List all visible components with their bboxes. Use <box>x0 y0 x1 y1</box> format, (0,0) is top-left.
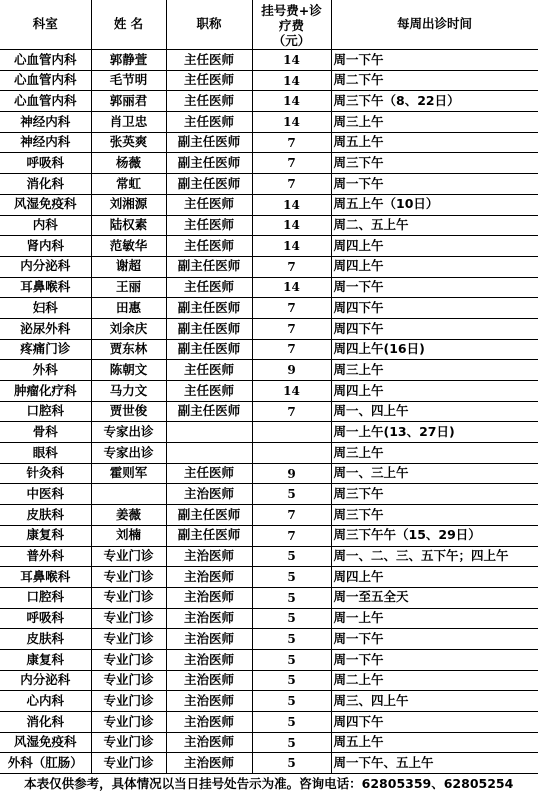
cell-department: 口腔科 <box>0 587 91 608</box>
schedule-rows: 心血管内科郭静萱主任医师14周一下午心血管内科毛节明主任医师14周二下午心血管内… <box>0 50 538 774</box>
cell-title: 副主任医师 <box>166 525 252 546</box>
cell-department: 神经内科 <box>0 132 91 153</box>
cell-schedule: 周三下午午（15、29日） <box>331 525 538 546</box>
cell-schedule: 周一、二、三、五下午；四上午 <box>331 546 538 567</box>
cell-fee: 9 <box>252 360 331 381</box>
cell-title: 副主任医师 <box>166 298 252 319</box>
clinic-schedule-table: 科室 姓 名 职称 挂号费+诊 疗费 （元） 每周出诊时间 心血管内科郭静萱主任… <box>0 0 538 795</box>
cell-title: 主治医师 <box>166 732 252 753</box>
cell-schedule: 周四上午 <box>331 567 538 588</box>
cell-title: 主任医师 <box>166 194 252 215</box>
cell-fee: 7 <box>252 132 331 153</box>
cell-schedule: 周四上午 <box>331 236 538 257</box>
table-row: 风湿免疫科刘湘源主任医师14周五上午（10日） <box>0 194 538 215</box>
cell-doctor-name: 刘楠 <box>91 525 166 546</box>
cell-department: 外科（肛肠） <box>0 753 91 774</box>
cell-fee: 7 <box>252 525 331 546</box>
cell-fee: 7 <box>252 318 331 339</box>
cell-schedule: 周四上午 <box>331 256 538 277</box>
cell-title: 主任医师 <box>166 215 252 236</box>
cell-department: 内分泌科 <box>0 256 91 277</box>
table-row: 中医科主治医师5周三下午 <box>0 484 538 505</box>
cell-department: 普外科 <box>0 546 91 567</box>
cell-schedule: 周四上午(16日) <box>331 339 538 360</box>
cell-title: 主任医师 <box>166 360 252 381</box>
cell-title: 主任医师 <box>166 277 252 298</box>
cell-fee: 14 <box>252 236 331 257</box>
cell-title: 主治医师 <box>166 608 252 629</box>
table-row: 肾内科范敏华主任医师14周四上午 <box>0 236 538 257</box>
cell-department: 肿瘤化疗科 <box>0 381 91 402</box>
cell-department: 骨科 <box>0 422 91 443</box>
cell-doctor-name: 专业门诊 <box>91 587 166 608</box>
cell-schedule: 周一、四上午 <box>331 401 538 422</box>
header-department: 科室 <box>0 0 91 50</box>
cell-title: 主任医师 <box>166 70 252 91</box>
schedule-sheet: 科室 姓 名 职称 挂号费+诊 疗费 （元） 每周出诊时间 心血管内科郭静萱主任… <box>0 0 538 806</box>
cell-fee: 14 <box>252 112 331 133</box>
cell-schedule: 周四下午 <box>331 712 538 733</box>
table-row: 消化科常虹副主任医师7周一下午 <box>0 174 538 195</box>
cell-title: 副主任医师 <box>166 401 252 422</box>
cell-doctor-name: 张英爽 <box>91 132 166 153</box>
cell-schedule: 周三下午 <box>331 153 538 174</box>
table-row: 内分泌科专业门诊主治医师5周二上午 <box>0 670 538 691</box>
cell-schedule: 周四下午 <box>331 298 538 319</box>
cell-department: 康复科 <box>0 649 91 670</box>
table-row: 疼痛门诊贾东林副主任医师7周四上午(16日) <box>0 339 538 360</box>
cell-fee: 7 <box>252 401 331 422</box>
table-row: 肿瘤化疗科马力文主任医师14周四上午 <box>0 381 538 402</box>
cell-schedule: 周三下午 <box>331 505 538 526</box>
cell-fee: 7 <box>252 505 331 526</box>
cell-title: 主治医师 <box>166 484 252 505</box>
cell-schedule: 周一上午 <box>331 608 538 629</box>
cell-fee: 5 <box>252 608 331 629</box>
cell-title: 主任医师 <box>166 236 252 257</box>
cell-department: 皮肤科 <box>0 505 91 526</box>
cell-doctor-name: 姜薇 <box>91 505 166 526</box>
cell-schedule: 周三上午 <box>331 112 538 133</box>
cell-department: 外科 <box>0 360 91 381</box>
cell-department: 内分泌科 <box>0 670 91 691</box>
cell-department: 心内科 <box>0 691 91 712</box>
cell-department: 消化科 <box>0 712 91 733</box>
cell-title <box>166 422 252 443</box>
cell-department: 消化科 <box>0 174 91 195</box>
header-fee-line2: 疗费 <box>253 18 331 33</box>
cell-fee: 14 <box>252 194 331 215</box>
cell-title: 主治医师 <box>166 691 252 712</box>
table-row: 呼吸科杨薇副主任医师7周三下午 <box>0 153 538 174</box>
cell-title: 主治医师 <box>166 567 252 588</box>
cell-fee <box>252 443 331 464</box>
cell-fee: 5 <box>252 587 331 608</box>
cell-title: 主任医师 <box>166 381 252 402</box>
cell-schedule: 周一、三上午 <box>331 463 538 484</box>
cell-title: 主治医师 <box>166 649 252 670</box>
cell-doctor-name: 专业门诊 <box>91 691 166 712</box>
table-row: 耳鼻喉科专业门诊主治医师5周四上午 <box>0 567 538 588</box>
cell-doctor-name: 毛节明 <box>91 70 166 91</box>
cell-schedule: 周四下午 <box>331 318 538 339</box>
cell-title: 副主任医师 <box>166 256 252 277</box>
cell-department: 心血管内科 <box>0 70 91 91</box>
table-row: 针灸科霍则军主任医师9周一、三上午 <box>0 463 538 484</box>
cell-schedule: 周一下午 <box>331 50 538 71</box>
cell-doctor-name: 肖卫忠 <box>91 112 166 133</box>
table-row: 心血管内科郭丽君主任医师14周三下午（8、22日） <box>0 91 538 112</box>
cell-department: 疼痛门诊 <box>0 339 91 360</box>
table-row: 口腔科贾世俊副主任医师7周一、四上午 <box>0 401 538 422</box>
cell-schedule: 周五上午 <box>331 732 538 753</box>
cell-doctor-name: 刘余庆 <box>91 318 166 339</box>
cell-fee: 5 <box>252 753 331 774</box>
cell-doctor-name: 专业门诊 <box>91 649 166 670</box>
cell-title: 主治医师 <box>166 587 252 608</box>
cell-title: 主任医师 <box>166 91 252 112</box>
cell-department: 中医科 <box>0 484 91 505</box>
cell-fee: 7 <box>252 298 331 319</box>
cell-schedule: 周三上午 <box>331 360 538 381</box>
cell-doctor-name: 陈朝文 <box>91 360 166 381</box>
cell-schedule: 周四上午 <box>331 381 538 402</box>
cell-title: 副主任医师 <box>166 174 252 195</box>
cell-fee: 7 <box>252 339 331 360</box>
cell-title: 副主任医师 <box>166 318 252 339</box>
cell-department: 神经内科 <box>0 112 91 133</box>
table-row: 外科陈朝文主任医师9周三上午 <box>0 360 538 381</box>
cell-title: 主治医师 <box>166 629 252 650</box>
cell-fee: 9 <box>252 463 331 484</box>
header-fee: 挂号费+诊 疗费 （元） <box>252 0 331 50</box>
table-row: 康复科专业门诊主治医师5周一下午 <box>0 649 538 670</box>
cell-fee: 7 <box>252 153 331 174</box>
table-row: 眼科专家出诊周三上午 <box>0 443 538 464</box>
cell-doctor-name: 马力文 <box>91 381 166 402</box>
cell-doctor-name: 范敏华 <box>91 236 166 257</box>
table-row: 泌尿外科刘余庆副主任医师7周四下午 <box>0 318 538 339</box>
table-row: 骨科专家出诊周一上午(13、27日) <box>0 422 538 443</box>
cell-schedule: 周五上午（10日） <box>331 194 538 215</box>
table-row: 普外科专业门诊主治医师5周一、二、三、五下午；四上午 <box>0 546 538 567</box>
cell-title: 主治医师 <box>166 670 252 691</box>
cell-doctor-name: 专业门诊 <box>91 732 166 753</box>
cell-fee: 14 <box>252 50 331 71</box>
header-row: 科室 姓 名 职称 挂号费+诊 疗费 （元） 每周出诊时间 <box>0 0 538 50</box>
cell-doctor-name: 专业门诊 <box>91 712 166 733</box>
footer-row: 本表仅供参考，具体情况以当日挂号处告示为准。咨询电话：62805359、6280… <box>0 774 538 796</box>
cell-department: 肾内科 <box>0 236 91 257</box>
cell-schedule: 周三、四上午 <box>331 691 538 712</box>
cell-department: 呼吸科 <box>0 153 91 174</box>
cell-schedule: 周二下午 <box>331 70 538 91</box>
cell-department: 心血管内科 <box>0 50 91 71</box>
cell-schedule: 周二上午 <box>331 670 538 691</box>
cell-title: 主任医师 <box>166 50 252 71</box>
cell-title: 主治医师 <box>166 753 252 774</box>
cell-fee: 5 <box>252 670 331 691</box>
table-row: 内科陆权素主任医师14周二、五上午 <box>0 215 538 236</box>
cell-fee: 7 <box>252 174 331 195</box>
cell-doctor-name <box>91 484 166 505</box>
cell-fee: 14 <box>252 70 331 91</box>
cell-fee: 14 <box>252 91 331 112</box>
table-row: 风湿免疫科专业门诊主治医师5周五上午 <box>0 732 538 753</box>
table-row: 外科（肛肠）专业门诊主治医师5周一下午、五上午 <box>0 753 538 774</box>
cell-schedule: 周一下午 <box>331 174 538 195</box>
cell-doctor-name: 郭丽君 <box>91 91 166 112</box>
cell-fee: 7 <box>252 256 331 277</box>
footer-note: 本表仅供参考，具体情况以当日挂号处告示为准。咨询电话：62805359、6280… <box>0 774 538 796</box>
cell-department: 呼吸科 <box>0 608 91 629</box>
cell-schedule: 周五上午 <box>331 132 538 153</box>
table-row: 心内科专业门诊主治医师5周三、四上午 <box>0 691 538 712</box>
cell-doctor-name: 贾世俊 <box>91 401 166 422</box>
table-row: 呼吸科专业门诊主治医师5周一上午 <box>0 608 538 629</box>
cell-department: 康复科 <box>0 525 91 546</box>
cell-schedule: 周一至五全天 <box>331 587 538 608</box>
cell-doctor-name: 王丽 <box>91 277 166 298</box>
cell-fee: 5 <box>252 712 331 733</box>
cell-doctor-name: 专业门诊 <box>91 753 166 774</box>
table-row: 心血管内科郭静萱主任医师14周一下午 <box>0 50 538 71</box>
cell-fee: 5 <box>252 629 331 650</box>
cell-doctor-name: 专家出诊 <box>91 443 166 464</box>
cell-schedule: 周一下午、五上午 <box>331 753 538 774</box>
cell-doctor-name: 专业门诊 <box>91 608 166 629</box>
cell-fee <box>252 422 331 443</box>
cell-doctor-name: 郭静萱 <box>91 50 166 71</box>
cell-department: 风湿免疫科 <box>0 194 91 215</box>
cell-schedule: 周一下午 <box>331 629 538 650</box>
cell-doctor-name: 专业门诊 <box>91 629 166 650</box>
cell-title: 副主任医师 <box>166 132 252 153</box>
cell-department: 耳鼻喉科 <box>0 567 91 588</box>
header-schedule: 每周出诊时间 <box>331 0 538 50</box>
table-row: 耳鼻喉科王丽主任医师14周一下午 <box>0 277 538 298</box>
cell-doctor-name: 杨薇 <box>91 153 166 174</box>
table-row: 康复科刘楠副主任医师7周三下午午（15、29日） <box>0 525 538 546</box>
table-row: 内分泌科谢超副主任医师7周四上午 <box>0 256 538 277</box>
table-row: 皮肤科姜薇副主任医师7周三下午 <box>0 505 538 526</box>
cell-schedule: 周三上午 <box>331 443 538 464</box>
cell-doctor-name: 专业门诊 <box>91 670 166 691</box>
cell-title: 副主任医师 <box>166 153 252 174</box>
table-row: 心血管内科毛节明主任医师14周二下午 <box>0 70 538 91</box>
cell-doctor-name: 贾东林 <box>91 339 166 360</box>
header-title: 职称 <box>166 0 252 50</box>
cell-department: 皮肤科 <box>0 629 91 650</box>
cell-fee: 5 <box>252 484 331 505</box>
table-row: 神经内科张英爽副主任医师7周五上午 <box>0 132 538 153</box>
cell-doctor-name: 陆权素 <box>91 215 166 236</box>
cell-schedule: 周三下午（8、22日） <box>331 91 538 112</box>
cell-fee: 5 <box>252 546 331 567</box>
cell-fee: 14 <box>252 381 331 402</box>
cell-schedule: 周一上午(13、27日) <box>331 422 538 443</box>
table-row: 消化科专业门诊主治医师5周四下午 <box>0 712 538 733</box>
header-fee-line3: （元） <box>253 33 331 48</box>
cell-title: 主治医师 <box>166 712 252 733</box>
cell-fee: 5 <box>252 691 331 712</box>
cell-title: 主任医师 <box>166 463 252 484</box>
cell-title: 主任医师 <box>166 112 252 133</box>
header-fee-line1: 挂号费+诊 <box>253 3 331 18</box>
cell-title: 副主任医师 <box>166 339 252 360</box>
table-row: 皮肤科专业门诊主治医师5周一下午 <box>0 629 538 650</box>
cell-schedule: 周三下午 <box>331 484 538 505</box>
cell-fee: 5 <box>252 732 331 753</box>
cell-department: 眼科 <box>0 443 91 464</box>
cell-doctor-name: 专业门诊 <box>91 546 166 567</box>
cell-doctor-name: 专家出诊 <box>91 422 166 443</box>
cell-title: 副主任医师 <box>166 505 252 526</box>
cell-department: 心血管内科 <box>0 91 91 112</box>
cell-department: 泌尿外科 <box>0 318 91 339</box>
cell-schedule: 周一下午 <box>331 277 538 298</box>
cell-doctor-name: 谢超 <box>91 256 166 277</box>
table-row: 妇科田惠副主任医师7周四下午 <box>0 298 538 319</box>
cell-department: 风湿免疫科 <box>0 732 91 753</box>
header-name: 姓 名 <box>91 0 166 50</box>
table-row: 口腔科专业门诊主治医师5周一至五全天 <box>0 587 538 608</box>
cell-schedule: 周一下午 <box>331 649 538 670</box>
cell-department: 口腔科 <box>0 401 91 422</box>
cell-doctor-name: 田惠 <box>91 298 166 319</box>
cell-department: 妇科 <box>0 298 91 319</box>
cell-fee: 14 <box>252 215 331 236</box>
cell-fee: 5 <box>252 567 331 588</box>
cell-title: 主治医师 <box>166 546 252 567</box>
cell-department: 内科 <box>0 215 91 236</box>
cell-department: 针灸科 <box>0 463 91 484</box>
cell-doctor-name: 专业门诊 <box>91 567 166 588</box>
cell-doctor-name: 常虹 <box>91 174 166 195</box>
cell-title <box>166 443 252 464</box>
table-row: 神经内科肖卫忠主任医师14周三上午 <box>0 112 538 133</box>
cell-doctor-name: 刘湘源 <box>91 194 166 215</box>
cell-doctor-name: 霍则军 <box>91 463 166 484</box>
cell-fee: 14 <box>252 277 331 298</box>
cell-department: 耳鼻喉科 <box>0 277 91 298</box>
cell-fee: 5 <box>252 649 331 670</box>
cell-schedule: 周二、五上午 <box>331 215 538 236</box>
